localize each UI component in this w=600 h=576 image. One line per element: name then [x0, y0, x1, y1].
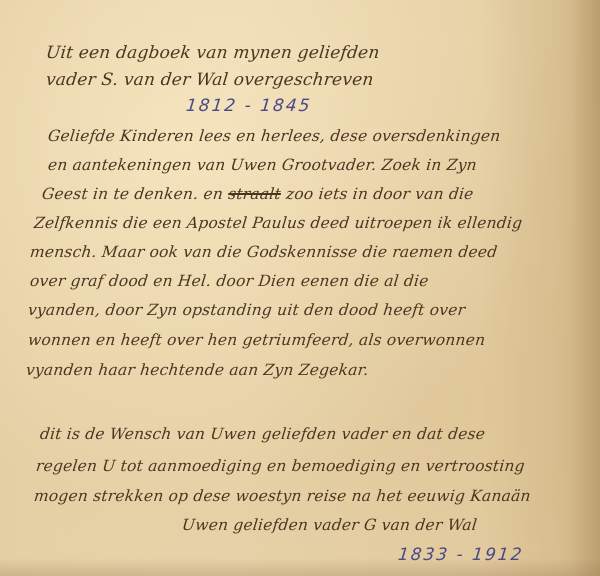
- struck-word: straalt: [227, 185, 282, 203]
- manuscript-page: Uit een dagboek van mynen geliefden vade…: [0, 0, 600, 576]
- heading-line-1: Uit een dagboek van mynen geliefden: [45, 43, 381, 63]
- body-line-5: mensch. Maar ook van die Godskennisse di…: [29, 243, 498, 261]
- closing-line-3: mogen strekken op dese woestyn reise na …: [33, 487, 532, 505]
- heading-line-2: vader S. van der Wal overgeschreven: [45, 70, 375, 90]
- body-line-9: vyanden haar hechtende aan Zyn Zegekar.: [25, 361, 370, 379]
- body-line-7: vyanden, door Zyn opstanding uit den doo…: [27, 301, 466, 319]
- body-line-3-text: Geest in te denken. en: [41, 185, 224, 203]
- body-line-3-text-end: zoo iets in door van die: [285, 185, 474, 203]
- body-line-1: Geliefde Kinderen lees en herlees, dese …: [47, 127, 501, 145]
- body-line-2: en aantekeningen van Uwen Grootvader. Zo…: [47, 156, 478, 174]
- page-edge-shadow: [572, 0, 600, 576]
- closing-line-1: dit is de Wensch van Uwen geliefden vade…: [39, 425, 486, 443]
- body-line-8: wonnen en heeft over hen getriumfeerd, a…: [27, 331, 486, 349]
- signature: Uwen geliefden vader G van der Wal: [181, 516, 478, 534]
- closing-line-2: regelen U tot aanmoediging en bemoedigin…: [35, 457, 526, 475]
- signature-dates: 1833 - 1912: [397, 545, 525, 565]
- body-line-4: Zelfkennis die een Apostel Paulus deed u…: [33, 214, 523, 232]
- body-line-3: Geest in te denken. en straalt zoo iets …: [41, 185, 474, 203]
- heading-dates: 1812 - 1845: [185, 96, 313, 116]
- body-line-6: over graf dood en Hel. door Dien eenen d…: [29, 272, 430, 290]
